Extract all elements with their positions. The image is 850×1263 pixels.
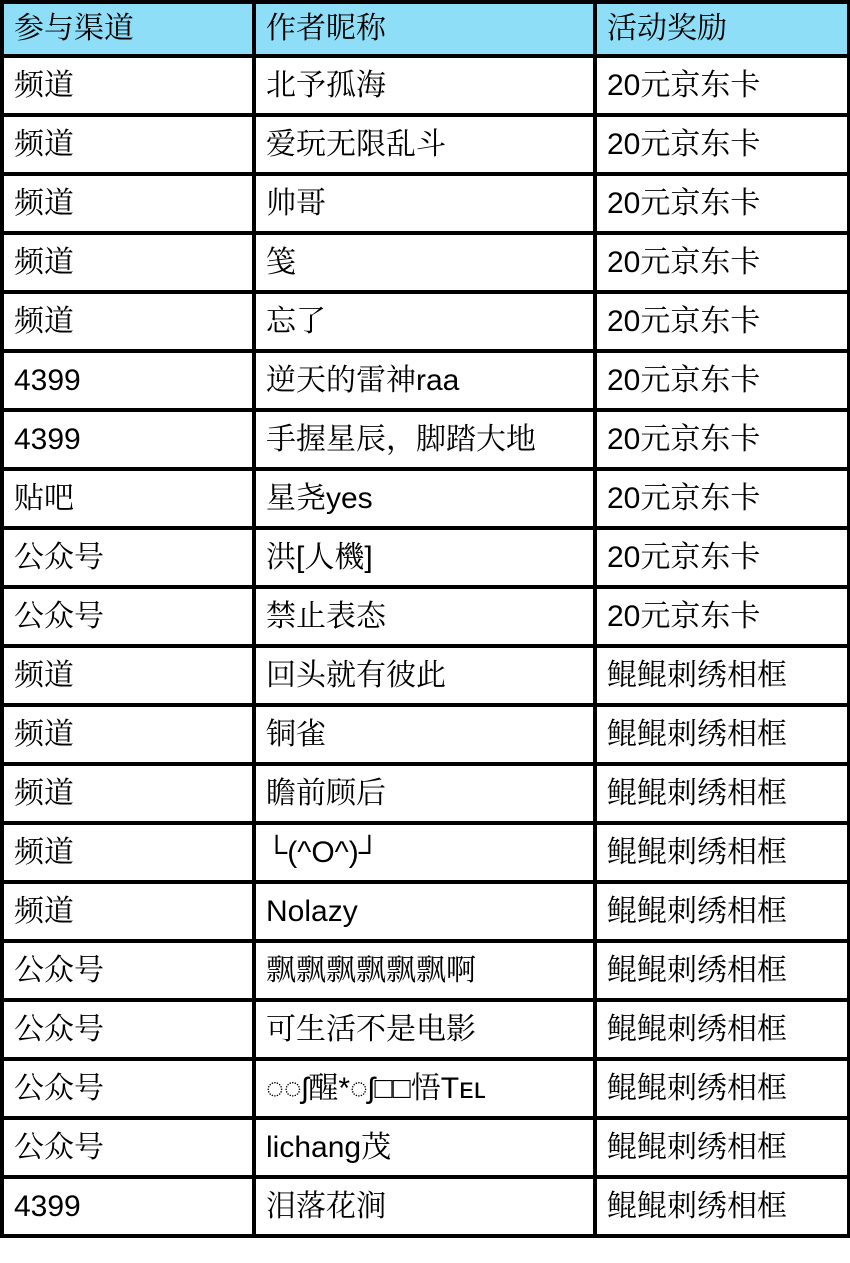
cell-reward: 20元京东卡 xyxy=(595,233,849,292)
table-row: 公众号飘飘飘飘飘飘啊鲲鲲刺绣相框 xyxy=(2,941,849,1000)
table-row: 公众号lichang茂鲲鲲刺绣相框 xyxy=(2,1118,849,1177)
table-row: 公众号可生活不是电影鲲鲲刺绣相框 xyxy=(2,1000,849,1059)
cell-channel: 频道 xyxy=(2,705,254,764)
table-row: 公众号禁止表态20元京东卡 xyxy=(2,587,849,646)
cell-reward: 鲲鲲刺绣相框 xyxy=(595,823,849,882)
cell-channel: 公众号 xyxy=(2,1059,254,1118)
cell-reward: 鲲鲲刺绣相框 xyxy=(595,1059,849,1118)
cell-nickname: 爱玩无限乱斗 xyxy=(254,115,595,174)
cell-nickname: 逆天的雷神raa xyxy=(254,351,595,410)
header-row: 参与渠道 作者昵称 活动奖励 xyxy=(2,2,849,56)
cell-reward: 鲲鲲刺绣相框 xyxy=(595,764,849,823)
winners-table: 参与渠道 作者昵称 活动奖励 频道北予孤海20元京东卡频道爱玩无限乱斗20元京东… xyxy=(0,0,850,1238)
cell-reward: 鲲鲲刺绣相框 xyxy=(595,1118,849,1177)
table-row: 频道铜雀鲲鲲刺绣相框 xyxy=(2,705,849,764)
table-row: 频道北予孤海20元京东卡 xyxy=(2,56,849,115)
cell-nickname: 星尧yes xyxy=(254,469,595,528)
cell-reward: 20元京东卡 xyxy=(595,410,849,469)
cell-channel: 频道 xyxy=(2,115,254,174)
table-head: 参与渠道 作者昵称 活动奖励 xyxy=(2,2,849,56)
cell-reward: 鲲鲲刺绣相框 xyxy=(595,1177,849,1236)
cell-channel: 贴吧 xyxy=(2,469,254,528)
cell-channel: 公众号 xyxy=(2,587,254,646)
cell-nickname: 笺 xyxy=(254,233,595,292)
cell-reward: 20元京东卡 xyxy=(595,351,849,410)
cell-channel: 公众号 xyxy=(2,941,254,1000)
table-row: 频道爱玩无限乱斗20元京东卡 xyxy=(2,115,849,174)
table-row: 频道瞻前顾后鲲鲲刺绣相框 xyxy=(2,764,849,823)
cell-nickname: ◌◌ʃ醒*◌ʃ□□悟Tᴇʟ xyxy=(254,1059,595,1118)
cell-channel: 频道 xyxy=(2,56,254,115)
table-row: 频道 └(^O^)┘鲲鲲刺绣相框 xyxy=(2,823,849,882)
cell-channel: 4399 xyxy=(2,351,254,410)
cell-nickname: 洪[人機] xyxy=(254,528,595,587)
table-row: 4399泪落花涧鲲鲲刺绣相框 xyxy=(2,1177,849,1236)
cell-nickname: 可生活不是电影 xyxy=(254,1000,595,1059)
header-cell-channel: 参与渠道 xyxy=(2,2,254,56)
page: 参与渠道 作者昵称 活动奖励 频道北予孤海20元京东卡频道爱玩无限乱斗20元京东… xyxy=(0,0,850,1263)
cell-nickname: 手握星辰，脚踏大地 xyxy=(254,410,595,469)
cell-channel: 频道 xyxy=(2,233,254,292)
table-row: 频道帅哥20元京东卡 xyxy=(2,174,849,233)
cell-nickname: 铜雀 xyxy=(254,705,595,764)
cell-nickname: 瞻前顾后 xyxy=(254,764,595,823)
cell-nickname: 飘飘飘飘飘飘啊 xyxy=(254,941,595,1000)
table-row: 频道笺20元京东卡 xyxy=(2,233,849,292)
cell-channel: 公众号 xyxy=(2,1000,254,1059)
cell-channel: 公众号 xyxy=(2,1118,254,1177)
cell-reward: 20元京东卡 xyxy=(595,115,849,174)
cell-nickname: 帅哥 xyxy=(254,174,595,233)
header-cell-nickname: 作者昵称 xyxy=(254,2,595,56)
cell-reward: 20元京东卡 xyxy=(595,528,849,587)
cell-channel: 频道 xyxy=(2,646,254,705)
cell-nickname: 禁止表态 xyxy=(254,587,595,646)
cell-channel: 频道 xyxy=(2,292,254,351)
cell-nickname: 泪落花涧 xyxy=(254,1177,595,1236)
cell-nickname: └(^O^)┘ xyxy=(254,823,595,882)
cell-reward: 鲲鲲刺绣相框 xyxy=(595,941,849,1000)
cell-reward: 20元京东卡 xyxy=(595,174,849,233)
table-row: 频道Nolazy鲲鲲刺绣相框 xyxy=(2,882,849,941)
header-cell-reward: 活动奖励 xyxy=(595,2,849,56)
table-row: 公众号◌◌ʃ醒*◌ʃ□□悟Tᴇʟ鲲鲲刺绣相框 xyxy=(2,1059,849,1118)
cell-channel: 频道 xyxy=(2,882,254,941)
cell-nickname: 北予孤海 xyxy=(254,56,595,115)
cell-reward: 20元京东卡 xyxy=(595,292,849,351)
cell-channel: 频道 xyxy=(2,823,254,882)
cell-reward: 20元京东卡 xyxy=(595,587,849,646)
cell-reward: 20元京东卡 xyxy=(595,469,849,528)
table-row: 频道回头就有彼此鲲鲲刺绣相框 xyxy=(2,646,849,705)
cell-reward: 20元京东卡 xyxy=(595,56,849,115)
table-body: 频道北予孤海20元京东卡频道爱玩无限乱斗20元京东卡频道帅哥20元京东卡频道笺2… xyxy=(2,56,849,1236)
cell-nickname: Nolazy xyxy=(254,882,595,941)
cell-nickname: lichang茂 xyxy=(254,1118,595,1177)
cell-channel: 频道 xyxy=(2,764,254,823)
cell-reward: 鲲鲲刺绣相框 xyxy=(595,705,849,764)
table-row: 贴吧星尧yes20元京东卡 xyxy=(2,469,849,528)
cell-channel: 4399 xyxy=(2,410,254,469)
cell-reward: 鲲鲲刺绣相框 xyxy=(595,1000,849,1059)
cell-nickname: 忘了 xyxy=(254,292,595,351)
cell-channel: 公众号 xyxy=(2,528,254,587)
cell-channel: 频道 xyxy=(2,174,254,233)
table-row: 4399逆天的雷神raa20元京东卡 xyxy=(2,351,849,410)
cell-reward: 鲲鲲刺绣相框 xyxy=(595,646,849,705)
table-row: 频道忘了20元京东卡 xyxy=(2,292,849,351)
table-row: 4399手握星辰，脚踏大地20元京东卡 xyxy=(2,410,849,469)
cell-nickname: 回头就有彼此 xyxy=(254,646,595,705)
cell-channel: 4399 xyxy=(2,1177,254,1236)
table-row: 公众号洪[人機]20元京东卡 xyxy=(2,528,849,587)
cell-reward: 鲲鲲刺绣相框 xyxy=(595,882,849,941)
